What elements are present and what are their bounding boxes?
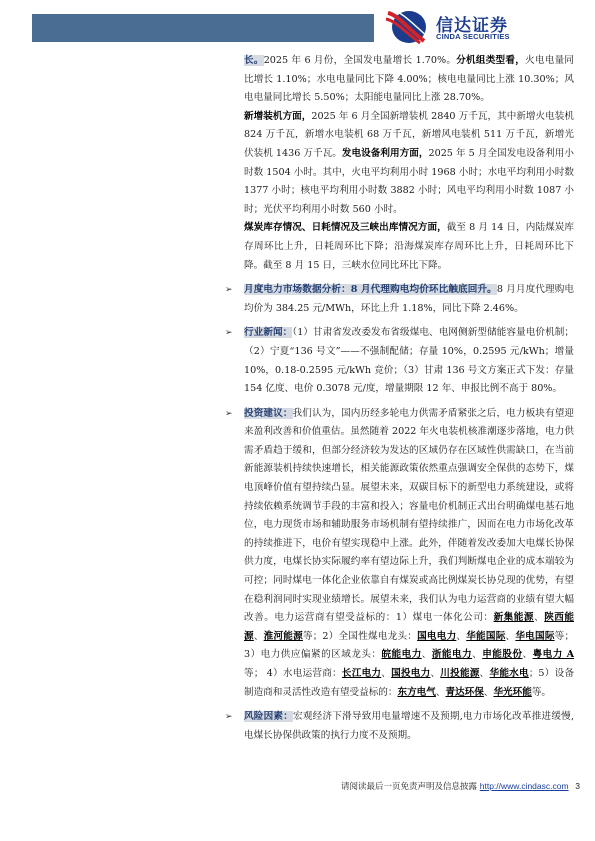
generation-paragraph: 长。2025 年 6 月份，全国发电量增长 1.70%。分机组类型看，火电电量同… <box>244 52 574 108</box>
stock-link[interactable]: 申能股份 <box>482 649 522 660</box>
arrow-bullet-icon: ➢ <box>225 405 233 424</box>
stock-link[interactable]: 新集能源 <box>494 612 535 623</box>
arrow-bullet-icon: ➢ <box>225 708 233 727</box>
stock-link[interactable]: 东方电气 <box>398 687 436 698</box>
bold-subheading: 发电设备利用方面， <box>342 148 429 159</box>
bullet-heading: 投资建议： <box>244 408 293 419</box>
stock-link[interactable]: 长江电力 <box>342 668 381 679</box>
bullet-heading: 风险因素： <box>244 711 293 722</box>
bullet-text: （1）甘肃省发改委发布省级煤电、电网侧新型储能容量电价机制；（2）宁夏“136 … <box>244 327 574 394</box>
text: 等； 4）水电运营商： <box>244 668 342 679</box>
stock-link[interactable]: 皖能电力 <box>381 649 421 660</box>
logo-english-name: CINDA SECURITIES <box>436 32 510 41</box>
bullet-heading: 月度电力市场数据分析：8 月代理购电均价环比触底回升。 <box>244 284 497 295</box>
report-body: 长。2025 年 6 月份，全国发电量增长 1.70%。分机组类型看，火电电量同… <box>244 52 574 745</box>
stock-link[interactable]: 淮河能源 <box>264 631 303 642</box>
stock-link[interactable]: 青达环保 <box>445 687 483 698</box>
cinda-logo: 信达证券 CINDA SECURITIES <box>384 9 574 45</box>
bold-subheading: 分机组类型看， <box>456 55 525 66</box>
text: 2025 年 6 月份，全国发电量增长 1.70%。 <box>264 55 457 66</box>
stock-link[interactable]: 华能国际 <box>466 631 505 642</box>
page-footer: 请阅读最后一页免责声明及信息披露 http://www.cindasc.com … <box>300 780 580 792</box>
cinda-logo-icon <box>384 9 430 45</box>
stock-link[interactable]: 华能水电 <box>489 668 528 679</box>
stock-link[interactable]: 浙能电力 <box>432 649 472 660</box>
stock-link[interactable]: 川投能源 <box>440 668 479 679</box>
disclaimer-text: 请阅读最后一页免责声明及信息披露 <box>341 782 477 792</box>
stock-link[interactable]: 国投电力 <box>391 668 430 679</box>
arrow-bullet-icon: ➢ <box>225 324 233 343</box>
bold-subheading: 煤炭库存情况、日耗情况及三峡出库情况方面， <box>244 222 447 233</box>
stock-link[interactable]: 华电国际 <box>515 631 554 642</box>
bullet-text: 我们认为，国内历经多轮电力供需矛盾紧张之后，电力板块有望迎来盈利改善和价值重估。… <box>244 408 574 624</box>
bullet-heading: 行业新闻： <box>244 327 292 338</box>
text: 等。 <box>532 687 551 698</box>
bullet-text: 宏观经济下滑导致用电量增速不及预期,电力市场化改革推进缓慢,电煤长协保供政策的执… <box>244 711 574 741</box>
stock-link[interactable]: 国电电力 <box>417 631 456 642</box>
stock-link[interactable]: 粤电力 A <box>533 649 574 660</box>
text: 等；2）全国性煤电龙头： <box>303 631 417 642</box>
bullet-market-data: ➢ 月度电力市场数据分析：8 月代理购电均价环比触底回升。8 月月度代理购电均价… <box>244 281 574 318</box>
stock-link[interactable]: 华光环能 <box>493 687 531 698</box>
highlight-lead: 长。 <box>244 55 264 66</box>
bullet-investment-advice: ➢ 投资建议：我们认为，国内历经多轮电力供需矛盾紧张之后，电力板块有望迎来盈利改… <box>244 405 574 703</box>
bullet-risk-factors: ➢ 风险因素：宏观经济下滑导致用电量增速不及预期,电力市场化改革推进缓慢,电煤长… <box>244 708 574 745</box>
arrow-bullet-icon: ➢ <box>225 281 233 300</box>
coal-inventory-paragraph: 煤炭库存情况、日耗情况及三峡出库情况方面，截至 8 月 14 日，内陆煤炭库存周… <box>244 219 574 275</box>
page-number: 3 <box>575 781 580 791</box>
bullet-industry-news: ➢ 行业新闻：（1）甘肃省发改委发布省级煤电、电网侧新型储能容量电价机制；（2）… <box>244 324 574 398</box>
bold-subheading: 新增装机方面， <box>244 111 311 122</box>
capacity-paragraph: 新增装机方面，2025 年 6 月全国新增装机 2840 万千瓦，其中新增火电装… <box>244 108 574 220</box>
website-link[interactable]: http://www.cindasc.com <box>480 781 569 791</box>
header-band <box>32 14 374 42</box>
